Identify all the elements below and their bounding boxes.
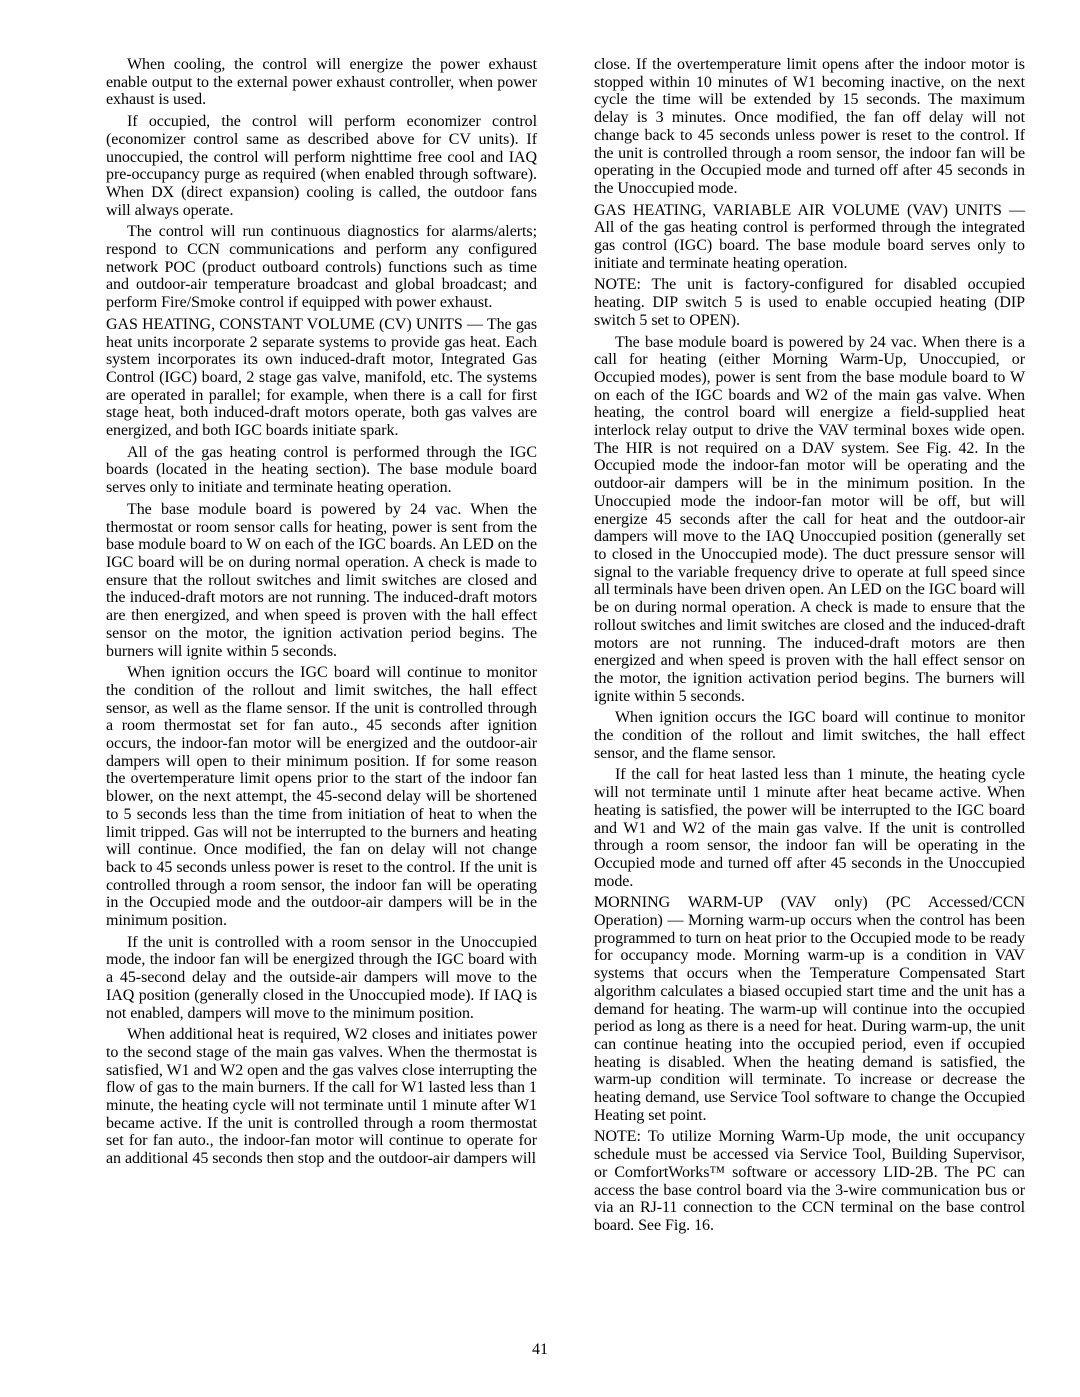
note-morning-warm-up-access: NOTE: To utilize Morning Warm-Up mode, t… <box>594 1128 1025 1234</box>
paragraph-base-module-board-cv: The base module board is powered by 24 v… <box>106 501 537 660</box>
paragraph-additional-heat-w2: When additional heat is required, W2 clo… <box>106 1026 537 1168</box>
document-page: When cooling, the control will energize … <box>0 0 1080 1397</box>
left-column: When cooling, the control will energize … <box>106 56 537 1239</box>
paragraph-overtemperature-continuation: close. If the overtemperature limit open… <box>594 56 1025 198</box>
paragraph-economizer-control: If occupied, the control will perform ec… <box>106 113 537 219</box>
paragraph-base-module-board-vav: The base module board is powered by 24 v… <box>594 334 1025 706</box>
paragraph-heat-cycle-termination: If the call for heat lasted less than 1 … <box>594 766 1025 890</box>
paragraph-ignition-monitoring-cv: When ignition occurs the IGC board will … <box>106 664 537 930</box>
paragraph-ignition-monitoring-vav: When ignition occurs the IGC board will … <box>594 709 1025 762</box>
section-gas-heating-cv-units: GAS HEATING, CONSTANT VOLUME (CV) UNITS … <box>106 316 537 440</box>
right-column: close. If the overtemperature limit open… <box>594 56 1025 1239</box>
note-dip-switch: NOTE: The unit is factory-configured for… <box>594 276 1025 329</box>
paragraph-room-sensor-unoccupied: If the unit is controlled with a room se… <box>106 934 537 1023</box>
paragraph-diagnostics: The control will run continuous diagnost… <box>106 223 537 312</box>
page-number: 41 <box>0 1341 1080 1359</box>
paragraph-igc-boards: All of the gas heating control is perfor… <box>106 444 537 497</box>
text-columns: When cooling, the control will energize … <box>106 56 1025 1239</box>
section-morning-warm-up: MORNING WARM-UP (VAV only) (PC Accessed/… <box>594 894 1025 1124</box>
paragraph-power-exhaust: When cooling, the control will energize … <box>106 56 537 109</box>
section-gas-heating-vav-units: GAS HEATING, VARIABLE AIR VOLUME (VAV) U… <box>594 202 1025 273</box>
